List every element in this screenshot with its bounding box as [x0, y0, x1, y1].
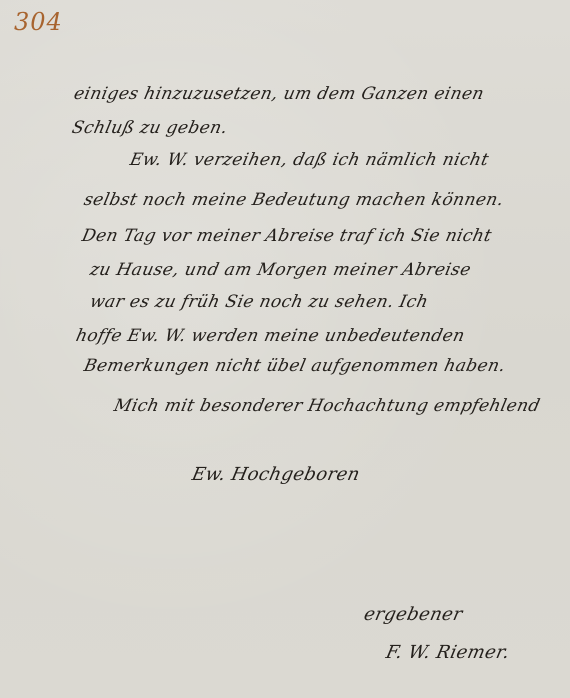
- letter-line-5: Den Tag vor meiner Abreise traf ich Sie …: [80, 226, 494, 246]
- letter-line-3: Ew. W. verzeihen, daß ich nämlich nicht: [128, 150, 491, 170]
- letter-line-8: hoffe Ew. W. werden meine unbedeutenden: [74, 326, 467, 346]
- letter-page: 304 einiges hinzuzusetzen, um dem Ganzen…: [0, 0, 570, 698]
- folio-number: 304: [14, 8, 63, 36]
- signature-name: F. W. Riemer.: [384, 642, 512, 663]
- salutation-hochgeboren: Ew. Hochgeboren: [190, 464, 362, 485]
- letter-line-6: zu Hause, und am Morgen meiner Abreise: [88, 260, 473, 280]
- signature-ergebener: ergebener: [362, 604, 465, 625]
- letter-line-4: selbst noch meine Bedeutung machen könne…: [82, 190, 506, 210]
- letter-line-2: Schluß zu geben.: [70, 118, 229, 138]
- closing-line: Mich mit besonderer Hochachtung empfehle…: [112, 396, 542, 416]
- letter-line-1: einiges hinzuzusetzen, um dem Ganzen ein…: [72, 84, 486, 104]
- letter-line-7: war es zu früh Sie noch zu sehen. Ich: [88, 292, 430, 312]
- letter-line-9: Bemerkungen nicht übel aufgenommen haben…: [82, 356, 507, 376]
